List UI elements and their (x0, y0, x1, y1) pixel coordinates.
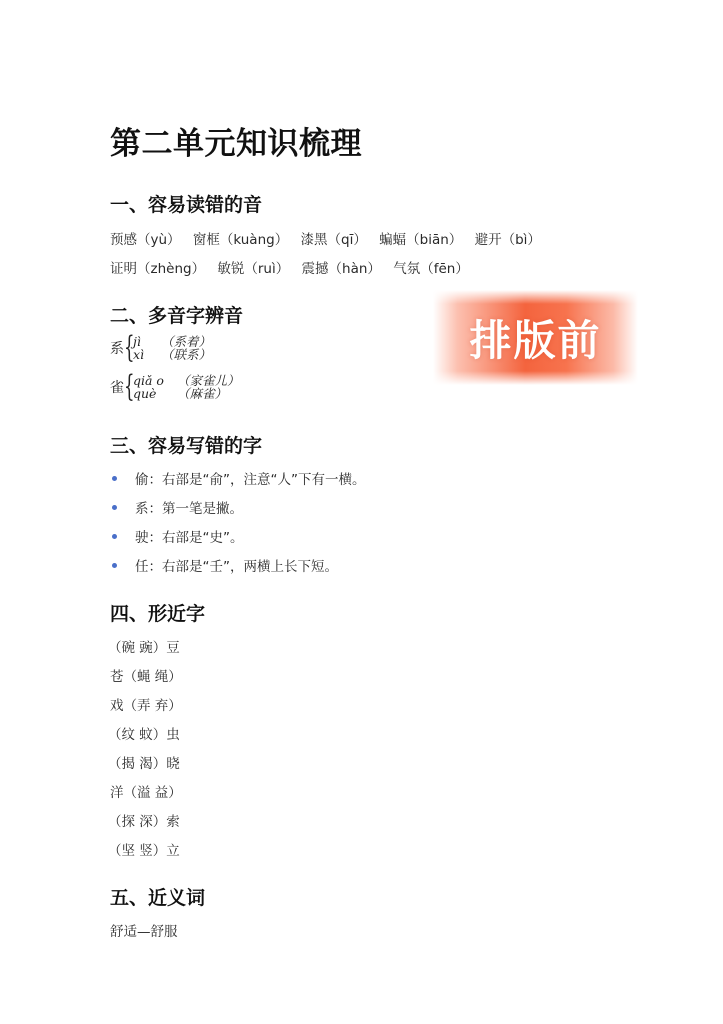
similar-char-item: （探 深）索 (108, 810, 180, 830)
bullet-item: 系：第一笔是撇。 (110, 497, 243, 517)
similar-char-item: （纹 蚊）虫 (108, 723, 180, 743)
similar-char-item: 洋（溢 益） (110, 781, 182, 801)
pronunciation-item: 敏锐（ruì） (217, 261, 289, 277)
polyphonic-entry: 系 { jì （系着） xì （联系） (110, 335, 211, 361)
stamp-label: 排版前 (469, 308, 601, 368)
example-word: （联系） (161, 348, 211, 361)
bullet-text: 任：右部是“壬”，两横上长下短。 (135, 555, 338, 575)
example-word: （麻雀） (177, 387, 227, 400)
section-heading-polyphonic: 二、多音字辨音 (110, 301, 243, 328)
pronunciation-item: 气氛（fēn） (393, 261, 469, 277)
similar-char-item: （揭 渴）晓 (108, 752, 180, 772)
pronunciation-item: 蝙蝠（biān） (379, 232, 462, 248)
polyphonic-char: 雀 (110, 377, 124, 397)
document-page: 第二单元知识梳理 一、容易读错的音 预感（yù） 窗框（kuàng） 漆黑（qī… (0, 0, 723, 1024)
pronunciation-item: 避开（bì） (475, 232, 541, 248)
bullet-text: 驶：右部是“史”。 (135, 526, 244, 546)
pronunciation-item: 证明（zhèng） (110, 261, 205, 277)
pinyin: què (133, 387, 177, 400)
pronunciation-item: 漆黑（qī） (301, 232, 367, 248)
similar-char-item: （碗 豌）豆 (108, 636, 180, 656)
section-heading-synonyms: 五、近义词 (110, 883, 205, 910)
bullet-dot-icon (112, 476, 117, 481)
pinyin: xì (133, 348, 161, 361)
pronunciation-item: 窗框（kuàng） (193, 232, 288, 248)
bullet-text: 系：第一笔是撇。 (135, 497, 243, 517)
similar-char-item: （坚 竖）立 (108, 839, 180, 859)
polyphonic-char: 系 (110, 338, 124, 358)
bullet-dot-icon (112, 563, 117, 568)
bullet-dot-icon (112, 534, 117, 539)
bullet-item: 驶：右部是“史”。 (110, 526, 244, 546)
section-heading-similar-chars: 四、形近字 (110, 599, 205, 626)
page-title: 第二单元知识梳理 (110, 118, 362, 163)
pronunciation-line-1: 预感（yù） 窗框（kuàng） 漆黑（qī） 蝙蝠（biān） 避开（bì） (110, 228, 549, 248)
section-heading-miswritten-chars: 三、容易写错的字 (110, 431, 262, 458)
section-heading-misread-sounds: 一、容易读错的音 (110, 190, 262, 217)
synonym-item: 舒适—舒服 (110, 920, 178, 940)
pronunciation-item: 震撼（hàn） (302, 261, 381, 277)
brace-icon: { (124, 374, 128, 400)
bullet-item: 任：右部是“壬”，两横上长下短。 (110, 555, 338, 575)
similar-char-item: 苍（蝇 绳） (110, 665, 182, 685)
pronunciation-line-2: 证明（zhèng） 敏锐（ruì） 震撼（hàn） 气氛（fēn） (110, 257, 477, 277)
pronunciation-item: 预感（yù） (110, 232, 181, 248)
bullet-item: 偷：右部是“俞”，注意“人”下有一横。 (110, 468, 365, 488)
brace-icon: { (124, 335, 128, 361)
similar-char-item: 戏（弄 弃） (110, 694, 182, 714)
polyphonic-entry: 雀 { qiǎ o （家雀儿） què （麻雀） (110, 374, 240, 400)
before-layout-stamp: 排版前 (433, 290, 638, 385)
bullet-text: 偷：右部是“俞”，注意“人”下有一横。 (135, 468, 365, 488)
bullet-dot-icon (112, 505, 117, 510)
